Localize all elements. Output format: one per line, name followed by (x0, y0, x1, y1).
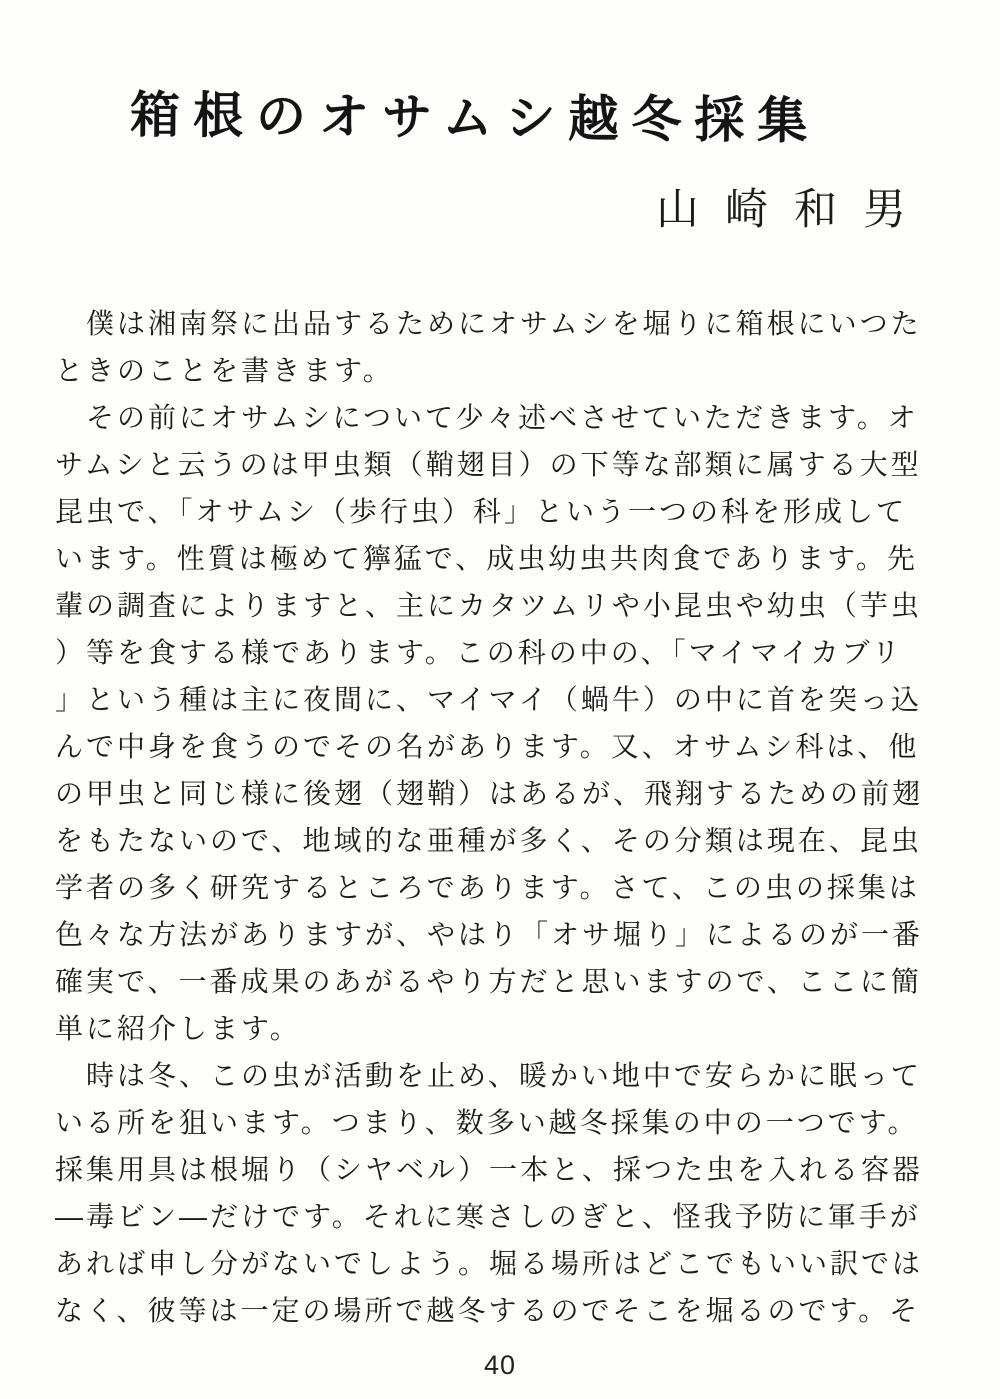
text-line: の甲虫と同じ様に後翅（翅鞘）はあるが、飛翔するための前翅 (55, 770, 950, 817)
text-line: 昆虫で、「オサムシ（歩行虫）科」という一つの科を形成して (55, 488, 950, 535)
text-line: 色々な方法がありますが、やはり「オサ堀り」によるのが一番 (55, 911, 950, 958)
text-line: います。性質は極めて獰猛で、成虫幼虫共肉食であります。先 (55, 535, 950, 582)
text-line: なく、彼等は一定の場所で越冬するのでそこを堀るのです。そ (55, 1287, 950, 1334)
author-name: 山崎和男 (656, 176, 932, 237)
text-line: 採集用具は根堀り（シヤベル）一本と、採つた虫を入れる容器 (55, 1146, 950, 1193)
scanned-document-page: 箱根のオサムシ越冬採集 山崎和男 僕は湘南祭に出品するためにオサムシを堀りに箱根… (0, 0, 1000, 1399)
text-line: ―毒ビン―だけです。それに寒さしのぎと、怪我予防に軍手が (55, 1193, 950, 1240)
text-line: サムシと云うのは甲虫類（鞘翅目）の下等な部類に属する大型 (55, 441, 950, 488)
text-line: 時は冬、この虫が活動を止め、暖かい地中で安らかに眠って (55, 1052, 950, 1099)
text-line: をもたないので、地域的な亜種が多く、その分類は現在、昆虫 (55, 817, 950, 864)
document-title: 箱根のオサムシ越冬採集 (130, 74, 821, 152)
text-line: ）等を食する様であります。この科の中の、「マイマイカブリ (55, 629, 950, 676)
page-number: 40 (0, 1350, 1000, 1381)
text-line: いる所を狙います。つまり、数多い越冬採集の中の一つです。 (55, 1099, 950, 1146)
text-line: 」という種は主に夜間に、マイマイ（蝸牛）の中に首を突っ込 (55, 676, 950, 723)
text-line: 確実で、一番成果のあがるやり方だと思いますので、ここに簡 (55, 958, 950, 1005)
text-line: 輩の調査によりますと、主にカタツムリや小昆虫や幼虫（芋虫 (55, 582, 950, 629)
text-line: あれば申し分がないでしよう。堀る場所はどこでもいい訳では (55, 1240, 950, 1287)
text-line: 僕は湘南祭に出品するためにオサムシを堀りに箱根にいつた (55, 300, 950, 347)
text-line: 単に紹介します。 (55, 1005, 950, 1052)
text-line: その前にオサムシについて少々述べさせていただきます。オ (55, 394, 950, 441)
text-line: んで中身を食うのでその名があります。又、オサムシ科は、他 (55, 723, 950, 770)
text-line: 学者の多く研究するところであります。さて、この虫の採集は (55, 864, 950, 911)
text-line: ときのことを書きます。 (55, 347, 950, 394)
body-text: 僕は湘南祭に出品するためにオサムシを堀りに箱根にいつた ときのことを書きます。 … (55, 300, 950, 1334)
